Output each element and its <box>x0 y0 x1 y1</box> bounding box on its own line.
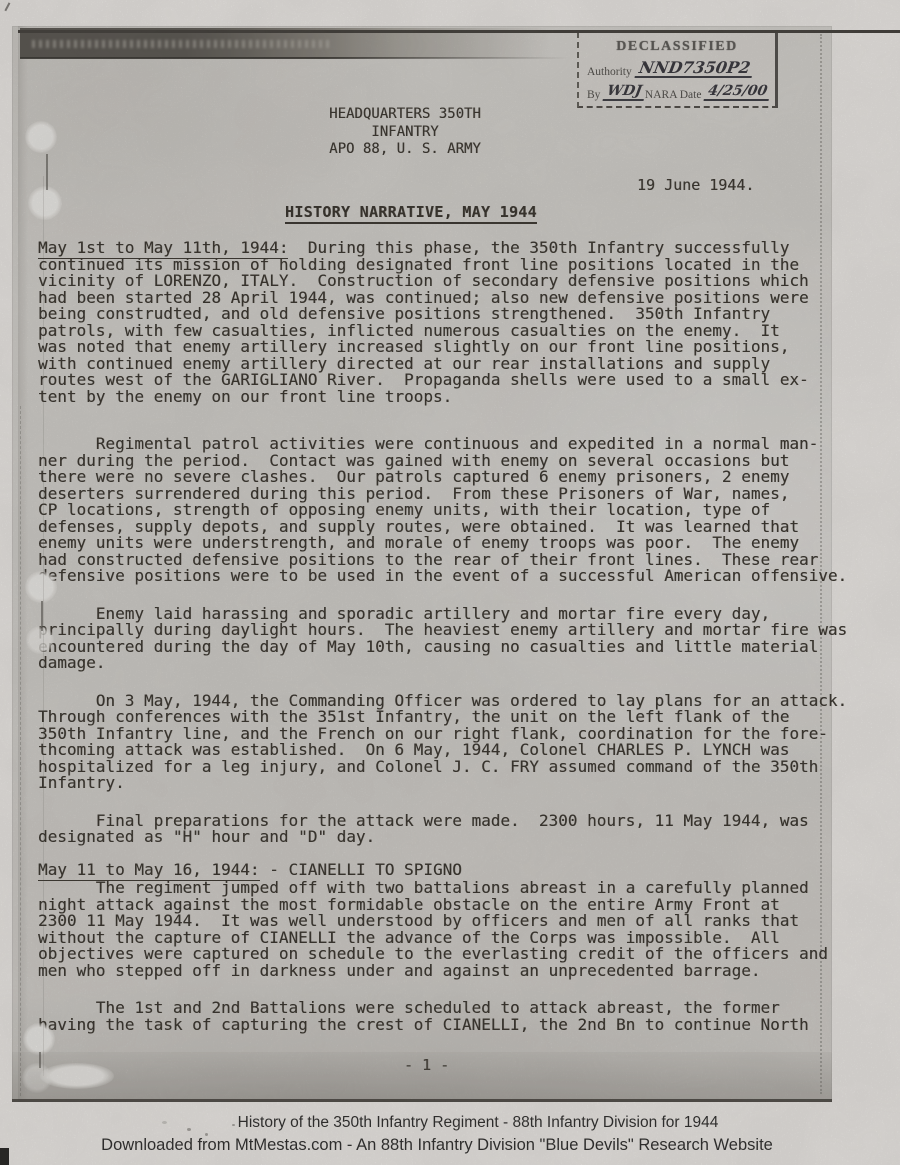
punch-hole <box>28 186 62 220</box>
page-top-edge <box>18 30 900 33</box>
stamp-title: DECLASSIFIED <box>579 39 775 55</box>
scan-speck <box>162 1121 167 1124</box>
signature-value-handwritten: WDJ <box>603 84 646 101</box>
letterhead: HEADQUARTERS 350TH INFANTRY APO 88, U. S… <box>293 106 517 159</box>
typed-line: encountered during the day of May 10th, … <box>38 639 851 656</box>
authority-value-handwritten: NND7350P2 <box>634 61 754 78</box>
scanned-document: DECLASSIFIED Authority NND7350P2 By WDJ … <box>0 0 900 1165</box>
paragraph-3: Enemy laid harassing and sporadic artill… <box>38 606 851 672</box>
scan-speck <box>232 1124 235 1126</box>
paragraph-lines: continued its mission of holding designa… <box>38 257 851 406</box>
paragraph-6: The regiment jumped off with two battali… <box>38 880 851 979</box>
paragraph-2: Regimental patrol activities were contin… <box>38 436 851 585</box>
typed-line: men who stepped off in darkness under an… <box>38 963 851 980</box>
punch-hole <box>23 1023 55 1055</box>
letterhead-line-2: APO 88, U. S. ARMY <box>293 141 517 159</box>
footer-line-2: Downloaded from MtMestas.com - An 88th I… <box>101 1136 773 1155</box>
punch-hole <box>25 121 57 153</box>
declassified-stamp: DECLASSIFIED Authority NND7350P2 By WDJ … <box>577 32 778 108</box>
corner-artifact <box>4 2 16 14</box>
typed-line: tent by the enemy on our front line troo… <box>38 389 851 406</box>
paper-hole <box>40 1063 114 1089</box>
document-body: May 1st to May 11th, 1944: During this p… <box>38 240 851 1054</box>
stamp-by-row: By WDJ NARA Date 4/25/00 <box>579 84 775 101</box>
paragraph-7: The 1st and 2nd Battalions were schedule… <box>38 1000 851 1033</box>
redaction-strip-underline <box>20 57 568 59</box>
nara-date-label: NARA Date <box>645 89 706 101</box>
typed-line: hospitalized for a leg injury, and Colon… <box>38 759 851 776</box>
scan-page: DECLASSIFIED Authority NND7350P2 By WDJ … <box>12 26 832 1102</box>
fold-line <box>43 176 44 1076</box>
typed-line: Infantry. <box>38 775 851 792</box>
typed-line: defensive positions were to be used in t… <box>38 568 851 585</box>
letterhead-line-1: HEADQUARTERS 350TH INFANTRY <box>293 106 517 141</box>
page-left-edge <box>20 406 21 1096</box>
paragraph-1: May 1st to May 11th, 1944: During this p… <box>38 240 851 405</box>
typed-line: designated as "H" hour and "D" day. <box>38 829 851 846</box>
section-2-heading-rest: - CIANELLI TO SPIGNO <box>260 860 462 879</box>
scan-speck <box>205 1133 208 1136</box>
fold-mark <box>46 154 48 190</box>
punch-hole <box>25 571 57 603</box>
corner-mark <box>0 1148 9 1165</box>
paragraph-4: On 3 May, 1944, the Commanding Officer w… <box>38 693 851 792</box>
typed-line: having the task of capturing the crest o… <box>38 1017 851 1034</box>
scan-speck <box>187 1128 191 1131</box>
page-bottom-edge <box>12 1052 832 1102</box>
footer-line-1: History of the 350th Infantry Regiment -… <box>238 1114 719 1132</box>
section-2-heading: May 11 to May 16, 1944: - CIANELLI TO SP… <box>38 862 851 879</box>
typed-line: damage. <box>38 655 851 672</box>
authority-label: Authority <box>587 66 636 78</box>
paragraph-5: Final preparations for the attack were m… <box>38 813 851 846</box>
date-line: 19 June 1944. <box>637 176 754 194</box>
punch-hole <box>26 626 54 654</box>
document-title: HISTORY NARRATIVE, MAY 1944 <box>285 203 537 224</box>
stamp-authority-row: Authority NND7350P2 <box>579 61 775 78</box>
nara-date-value-handwritten: 4/25/00 <box>704 84 772 101</box>
